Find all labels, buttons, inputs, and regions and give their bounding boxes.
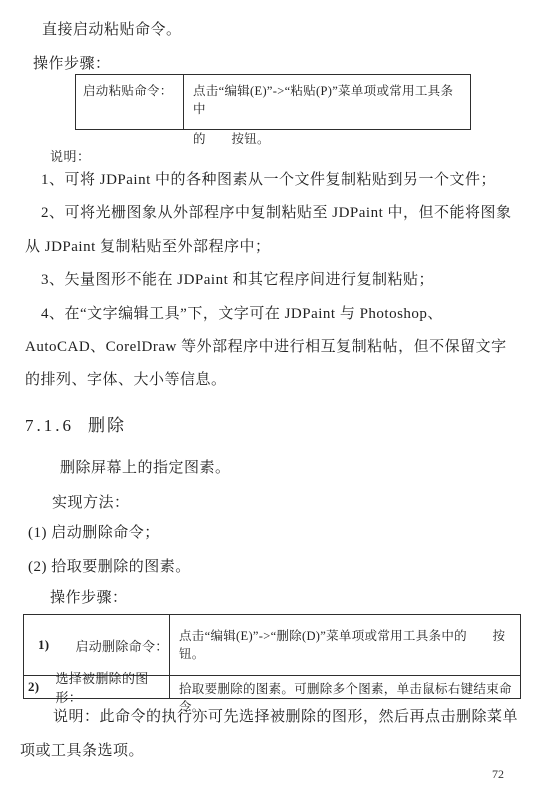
paste-table-command-cell: 启动粘贴命令：	[76, 75, 183, 129]
delete-table-command-cell: 2) 选择被删除的图形：	[24, 676, 169, 698]
paste-notes-list: 1、可将 JDPaint 中的各种图素从一个文件复制粘贴到另一个文件； 2、可将…	[25, 164, 520, 398]
paste-note-item: 3、矢量图形不能在 JDPaint 和其它程序间进行复制粘贴；	[25, 264, 520, 297]
delete-steps-table: 1) 启动删除命令： 点击“编辑(E)”->“删除(D)”菜单项或常用工具条中的…	[23, 614, 521, 699]
paste-table-desc-line2: 的 按钮。	[193, 129, 464, 147]
delete-table-desc-cell: 拾取要删除的图素。可删除多个图素，单击鼠标右键结束命令。	[169, 676, 520, 698]
delete-method-label: 实现方法：	[52, 493, 130, 513]
paste-note-item: 1、可将 JDPaint 中的各种图素从一个文件复制粘贴到另一个文件；	[25, 164, 520, 197]
delete-summary: 删除屏幕上的指定图素。	[60, 458, 231, 478]
section-number: 7.1.6	[25, 416, 74, 435]
row-number: 1)	[38, 637, 49, 653]
section-title: 删除	[88, 416, 126, 435]
table-row: 2) 选择被删除的图形： 拾取要删除的图素。可删除多个图素，单击鼠标右键结束命令…	[24, 675, 520, 698]
row-number: 2)	[28, 679, 39, 695]
delete-method-item: (2) 拾取要删除的图素。	[28, 557, 191, 577]
delete-note-paragraph: 说明：此命令的执行亦可先选择被删除的图形，然后再点击删除菜单项或工具条选项。	[20, 700, 523, 768]
paste-note-item: 4、在“文字编辑工具”下，文字可在 JDPaint 与 Photoshop、Au…	[25, 298, 520, 398]
paste-steps-label: 操作步骤：	[33, 54, 111, 74]
section-heading: 7.1.6删除	[25, 411, 126, 436]
row-label: 启动删除命令：	[75, 636, 168, 655]
paste-table-desc-line1: 点击“编辑(E)”->“粘贴(P)”菜单项或常用工具条中	[193, 81, 464, 117]
paste-notes-label: 说明：	[50, 146, 91, 165]
paste-steps-table: 启动粘贴命令： 点击“编辑(E)”->“粘贴(P)”菜单项或常用工具条中 的 按…	[75, 74, 471, 130]
paste-table-desc-cell: 点击“编辑(E)”->“粘贴(P)”菜单项或常用工具条中 的 按钮。	[183, 75, 470, 129]
delete-table-command-cell: 1) 启动删除命令：	[24, 615, 169, 675]
delete-method-item: (1) 启动删除命令；	[28, 523, 160, 543]
manual-page: 直接启动粘贴命令。 操作步骤： 启动粘贴命令： 点击“编辑(E)”->“粘贴(P…	[0, 0, 543, 804]
delete-steps-label: 操作步骤：	[50, 588, 128, 608]
intro-paragraph: 直接启动粘贴命令。	[42, 20, 182, 40]
delete-table-desc-cell: 点击“编辑(E)”->“删除(D)”菜单项或常用工具条中的 按钮。	[169, 615, 520, 675]
paste-note-item: 2、可将光栅图象从外部程序中复制粘贴至 JDPaint 中，但不能将图象从 JD…	[25, 197, 520, 264]
table-row: 1) 启动删除命令： 点击“编辑(E)”->“删除(D)”菜单项或常用工具条中的…	[24, 615, 520, 675]
page-number: 72	[492, 767, 504, 782]
